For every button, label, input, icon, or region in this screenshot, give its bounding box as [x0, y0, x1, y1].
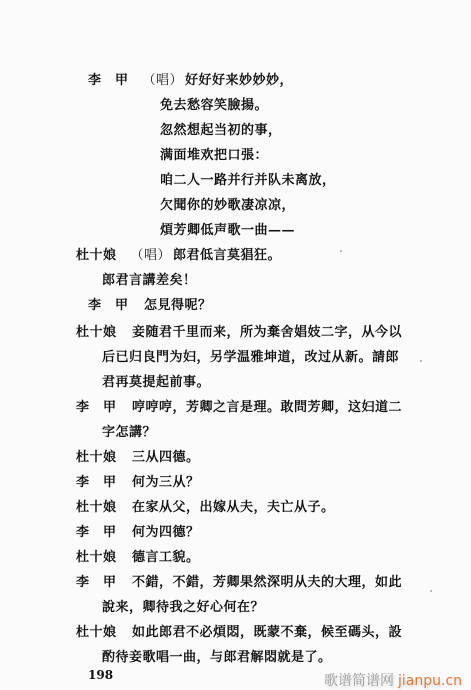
continuation-line: 后已归良門为妇，另学温雅坤道，改过从新。請郎	[102, 350, 399, 366]
speaker-name: 李 甲	[76, 525, 132, 541]
speaker-name: 杜十娘	[76, 325, 132, 341]
watermark-domain: jianpu.cn	[398, 673, 462, 689]
dialogue-line: 李 甲哼哼哼，芳卿之言是理。敢問芳卿，这妇道二	[76, 400, 402, 416]
verse-line: 免去愁容笑臉揚。	[160, 98, 268, 114]
speaker-name: 李 甲	[76, 475, 132, 491]
verse-line: 煩芳卿低声歌一曲——	[160, 223, 295, 239]
continuation-line: 字怎講？	[102, 425, 156, 441]
dialogue-line: 李 甲（唱）好好好来妙妙妙，	[88, 73, 293, 89]
speaker-name: 杜十娘	[76, 550, 132, 566]
dialogue-line: 李 甲何为四德？	[76, 525, 200, 541]
line-text: 怎見得呢？	[144, 298, 212, 313]
paper-speck	[395, 636, 397, 638]
page-number: 198	[88, 668, 113, 682]
speaker-name: 杜十娘	[76, 625, 132, 641]
paper-speck	[420, 360, 422, 362]
dialogue-line: 李 甲怎見得呢？	[88, 298, 212, 314]
line-text: 妾随君千里而来，所为棄舍娼妓二字，从今以	[132, 325, 402, 340]
speaker-name: 杜十娘	[76, 500, 132, 516]
dialogue-line: 杜十娘德言工貌。	[76, 550, 200, 566]
line-text: 哼哼哼，芳卿之言是理。敢問芳卿，这妇道二	[132, 400, 402, 415]
continuation-line: 酌待妾歌唱一曲，与郎君解悶就是了。	[102, 650, 332, 666]
continuation-line: 君再莫提起前事。	[102, 375, 210, 391]
speaker-name: 杜十娘	[76, 248, 117, 264]
verse-line: 咱二人一路并行并队未离放，	[160, 173, 336, 189]
verse-line: 忽然想起当初的事，	[160, 123, 282, 139]
line-text: 在家从父，出嫁从夫，夫亡从子。	[132, 500, 335, 515]
stage-direction: （唱）	[143, 73, 184, 88]
speaker-name: 李 甲	[76, 575, 132, 591]
paper-speck	[430, 590, 432, 592]
line-text: 如此郎君不必煩悶，既蒙不棄，候至碼头，設	[132, 625, 402, 640]
dialogue-line: 杜十娘（唱）郎君低言莫猖狂。	[76, 248, 281, 264]
verse-line: 满面堆欢把口張：	[160, 148, 268, 164]
line-text: 不錯，不錯，芳卿果然深明从夫的大理，如此	[132, 575, 402, 590]
dialogue-line: 李 甲不錯，不錯，芳卿果然深明从夫的大理，如此	[76, 575, 402, 591]
book-page: 李 甲（唱）好好好来妙妙妙， 免去愁容笑臉揚。 忽然想起当初的事， 满面堆欢把口…	[0, 0, 471, 690]
speaker-name: 李 甲	[76, 400, 132, 416]
dialogue-line: 杜十娘三从四德。	[76, 450, 200, 466]
line-text: 三从四德。	[132, 450, 200, 465]
stage-direction: （唱）	[131, 248, 172, 263]
paper-speck	[340, 250, 342, 252]
dialogue-line: 杜十娘在家从父，出嫁从夫，夫亡从子。	[76, 500, 335, 516]
dialogue-line: 李 甲何为三从？	[76, 475, 200, 491]
site-watermark: 歌谱简谱网jianpu.cn	[324, 670, 462, 690]
line-text: 何为四德？	[132, 525, 200, 540]
line-text: 好好好来妙妙妙，	[185, 73, 293, 88]
speaker-name: 杜十娘	[76, 450, 132, 466]
speaker-name: 李 甲	[88, 298, 144, 314]
verse-line: 欠聞你的妙歌凄凉凉，	[160, 198, 295, 214]
speaker-name: 李 甲	[88, 73, 129, 89]
watermark-chinese: 歌谱简谱网	[324, 673, 394, 689]
continuation-line: 郎君言講差矣！	[102, 273, 197, 289]
line-text: 何为三从？	[132, 475, 200, 490]
dialogue-line: 杜十娘妾随君千里而来，所为棄舍娼妓二字，从今以	[76, 325, 402, 341]
continuation-line: 說来，卿待我之好心何在？	[102, 600, 264, 616]
dialogue-line: 杜十娘如此郎君不必煩悶，既蒙不棄，候至碼头，設	[76, 625, 402, 641]
line-text: 郎君低言莫猖狂。	[173, 248, 281, 263]
line-text: 德言工貌。	[132, 550, 200, 565]
